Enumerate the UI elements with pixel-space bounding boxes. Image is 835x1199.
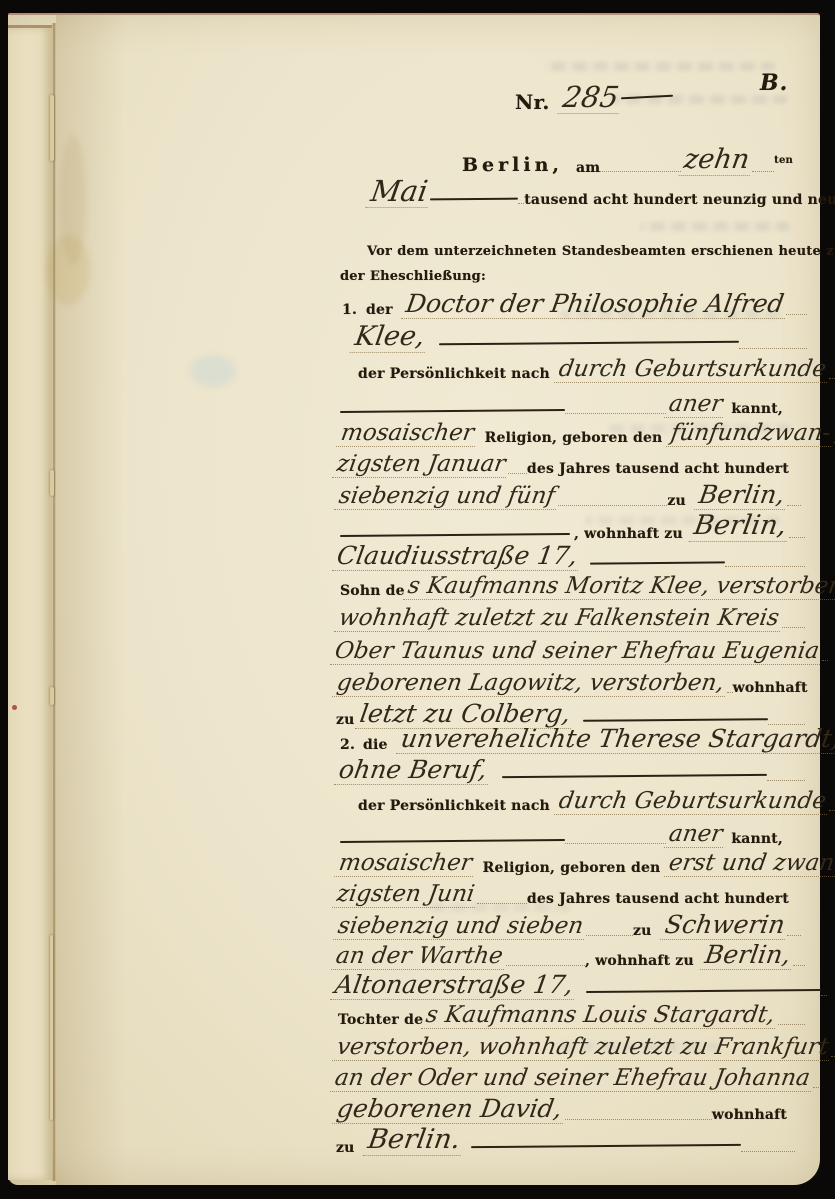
groom-father-row-2: wohnhaft zuletzt zu Falkenstein Kreis: [336, 606, 805, 632]
birth-year-label: des Jahres tausend acht hundert: [527, 891, 789, 908]
intro-row-1: Vor dem unterzeichneten Standesbeamten e…: [367, 244, 835, 260]
last-residence-handwritten: Berlin.: [362, 1126, 465, 1156]
son-of-label: Sohn de: [340, 583, 405, 600]
birth-year-label: des Jahres tausend acht hundert: [527, 461, 789, 478]
religion-handwritten: mosaischer: [334, 851, 477, 877]
year-in-words: tausend acht hundert neunzig und neun.: [524, 192, 835, 209]
bride-name-line-1: unverehelichte Therese Stargardt,: [395, 726, 835, 754]
mother-handwritten: geborenen Lagowitz, verstorben,: [332, 671, 729, 697]
religion-label: Religion, geboren den: [485, 430, 663, 447]
intro-row-2: der Eheschließung:: [340, 269, 486, 285]
bride-last-residence-row: zu Berlin.: [336, 1126, 795, 1156]
zu-label: zu: [336, 1140, 355, 1157]
bride-street-row: Altonaerstraße 17,: [332, 972, 805, 1000]
ink-stroke: [340, 839, 565, 843]
groom-religion-row: mosaischer Religion, geboren den fünfund…: [338, 421, 807, 447]
bride-occupation-row: ohne Beruf,: [336, 757, 805, 785]
dotted-rule: [506, 963, 586, 966]
father-handwritten: s Kaufmanns Moritz Klee, verstorben,: [403, 574, 835, 600]
birth-day-handwritten-2: zigsten Januar: [332, 452, 510, 478]
dotted-rule: [558, 503, 668, 506]
recognized-handwritten: aner: [664, 392, 727, 418]
bride-name-line-2: ohne Beruf,: [334, 757, 492, 785]
ink-stroke: [439, 341, 739, 346]
bride-identity-row: der Persönlichkeit nach durch Geburtsurk…: [358, 789, 807, 815]
groom-residence-row: , wohnhaft zu Berlin,: [340, 512, 805, 542]
dotted-rule: [782, 625, 805, 628]
dotted-rule: [508, 471, 527, 474]
bride-father-row-2: verstorben, wohnhaft zuletzt zu Frankfur…: [334, 1035, 805, 1061]
residence-handwritten: Berlin,: [700, 942, 796, 970]
record-number-label: Nr.: [515, 90, 550, 114]
identity-value-handwritten: durch Geburtsurkunde: [554, 357, 831, 383]
religion-label: Religion, geboren den: [483, 860, 661, 877]
dotted-rule: [822, 658, 828, 661]
intro-line-2: der Eheschließung:: [340, 269, 486, 285]
birth-year-handwritten: siebenzig und sieben: [333, 914, 588, 940]
bride-name-row: 2. die unverehelichte Therese Stargardt,: [340, 726, 807, 754]
groom-birth-year-row: siebenzig und fünf zu Berlin,: [336, 482, 801, 510]
dotted-rule: [600, 169, 681, 172]
father-handwritten-2: wohnhaft zuletzt zu Falkenstein Kreis: [334, 606, 784, 632]
religion-handwritten: mosaischer: [336, 421, 479, 447]
bride-father-row: Tochter de s Kaufmanns Louis Stargardt,: [338, 1003, 805, 1029]
father-handwritten-3: Ober Taunus und seiner Ehefrau Eugenia: [330, 639, 824, 665]
month-handwritten: Mai: [365, 176, 432, 208]
dotted-rule: [831, 1054, 835, 1057]
birth-place-handwritten: Schwerin: [659, 912, 789, 940]
groom-father-row: Sohn de s Kaufmanns Moritz Klee, verstor…: [340, 574, 805, 600]
groom-recognized-row: aner kannt,: [340, 392, 783, 418]
mother-handwritten: geborenen David,: [332, 1096, 567, 1124]
groom-name-row-2: Klee,: [352, 323, 807, 353]
day-suffix: ten: [774, 155, 793, 167]
dotted-rule: [829, 808, 835, 811]
dotted-rule: [821, 993, 827, 996]
groom-article-label: der: [366, 302, 393, 319]
street-handwritten: Altonaerstraße 17,: [330, 972, 578, 1000]
identity-label: der Persönlichkeit nach: [358, 366, 550, 383]
ink-stroke: [340, 533, 570, 537]
bride-birth-month-row: zigsten Juni des Jahres tausend acht hun…: [334, 882, 789, 908]
recognized-handwritten: aner: [664, 822, 727, 848]
dotted-rule: [741, 1149, 796, 1152]
ink-stroke: [340, 409, 565, 413]
dotted-rule: [787, 503, 801, 506]
dotted-rule: [565, 841, 666, 844]
groom-father-row-3: Ober Taunus und seiner Ehefrau Eugenia: [332, 639, 805, 665]
identity-value-handwritten: durch Geburtsurkunde: [554, 789, 831, 815]
dotted-rule: [565, 1117, 712, 1120]
residence-label: , wohnhaft zu: [574, 526, 683, 543]
residence-handwritten: Berlin,: [688, 512, 791, 542]
groom-birth-month-row: zigsten Januar des Jahres tausend acht h…: [334, 452, 789, 478]
groom-name-line-2: Klee,: [350, 323, 430, 353]
groom-name-row: 1. der Doctor der Philosophie Alfred: [342, 291, 807, 319]
bride-recognized-row: aner kannt,: [340, 822, 783, 848]
ink-bleed-through: [545, 62, 775, 71]
bride-mother-row: geborenen David, wohnhaft: [334, 1096, 787, 1124]
bride-father-row-3: an der Oder und seiner Ehefrau Johanna: [332, 1066, 805, 1092]
zu-label: zu: [633, 923, 652, 940]
intro-line-1: Vor dem unterzeichneten Standesbeamten e…: [367, 244, 835, 260]
date-row: Berlin, am zehn ten: [462, 146, 793, 176]
groom-street-row: Claudiusstraße 17,: [334, 543, 805, 571]
ink-stroke: [430, 198, 518, 201]
recognized-printed: kannt,: [731, 831, 783, 848]
dotted-rule: [793, 963, 805, 966]
dotted-rule: [586, 933, 633, 936]
birth-place-handwritten-2: an der Warthe: [331, 944, 508, 970]
recognized-printed: kannt,: [731, 401, 783, 418]
father-handwritten-2: verstorben, wohnhaft zuletzt zu Frankfur…: [332, 1035, 833, 1061]
ink-stroke: [590, 562, 725, 565]
corner-letter-row: B.: [760, 70, 788, 96]
ink-bleed-through: [640, 222, 790, 231]
dotted-rule: [725, 564, 805, 567]
corner-letter: B.: [760, 70, 788, 96]
bride-index: 2.: [340, 737, 355, 754]
record-number-value: 285: [557, 82, 623, 114]
dotted-rule: [565, 411, 666, 414]
bride-article-label: die: [363, 737, 388, 754]
bride-religion-row: mosaischer Religion, geboren den erst un…: [336, 851, 807, 877]
daughter-of-label: Tochter de: [338, 1012, 423, 1029]
document-content: B. Nr. 285 Berlin, am zehn ten Mai tause…: [0, 0, 835, 1199]
month-year-row: Mai tausend acht hundert neunzig und neu…: [368, 176, 806, 208]
dotted-rule: [813, 1085, 819, 1088]
am-label: am: [576, 160, 600, 177]
dotted-rule: [786, 312, 807, 315]
dotted-rule: [787, 933, 801, 936]
scanned-marriage-record: { "corner_letter": "B.", "record_no": { …: [0, 0, 835, 1199]
ink-stroke: [621, 95, 673, 100]
zu-label: zu: [667, 493, 686, 510]
dotted-rule: [789, 535, 805, 538]
day-handwritten: zehn: [679, 146, 755, 176]
bride-birth-year-row: siebenzig und sieben zu Schwerin: [335, 912, 801, 940]
wohnhaft-label: wohnhaft: [712, 1107, 787, 1124]
birth-day-handwritten-2: zigsten Juni: [332, 882, 479, 908]
record-number-row: Nr. 285: [515, 82, 673, 114]
dotted-rule: [739, 346, 807, 349]
groom-mother-row: geborenen Lagowitz, verstorben, wohnhaft: [334, 671, 787, 697]
dotted-rule: [778, 1022, 805, 1025]
dotted-rule: [752, 169, 774, 172]
dotted-rule: [767, 778, 805, 781]
father-handwritten-3: an der Oder und seiner Ehefrau Johanna: [330, 1066, 815, 1092]
street-handwritten: Claudiusstraße 17,: [332, 543, 582, 571]
dotted-rule: [829, 376, 835, 379]
ink-stroke: [586, 989, 821, 993]
groom-index: 1.: [342, 302, 357, 319]
birth-year-handwritten: siebenzig und fünf: [334, 484, 560, 510]
city-printed: Berlin,: [462, 154, 563, 177]
father-handwritten: s Kaufmanns Louis Stargardt,: [421, 1003, 780, 1029]
birth-place-handwritten: Berlin,: [694, 482, 790, 510]
birth-day-handwritten-1: erst und zwan-: [664, 851, 835, 877]
ink-stroke: [470, 1144, 740, 1148]
wohnhaft-label: wohnhaft: [733, 680, 808, 697]
ink-stroke: [583, 718, 768, 722]
identity-label: der Persönlichkeit nach: [358, 798, 550, 815]
dotted-rule: [477, 901, 527, 904]
birth-day-handwritten-1: fünfundzwan-: [666, 421, 835, 447]
ink-stroke: [502, 774, 767, 778]
groom-name-line-1: Doctor der Philosophie Alfred: [400, 291, 788, 319]
groom-identity-row: der Persönlichkeit nach durch Geburtsurk…: [358, 357, 807, 383]
bride-birth-place-row-2: an der Warthe , wohnhaft zu Berlin,: [333, 942, 805, 970]
residence-label: , wohnhaft zu: [585, 953, 694, 970]
